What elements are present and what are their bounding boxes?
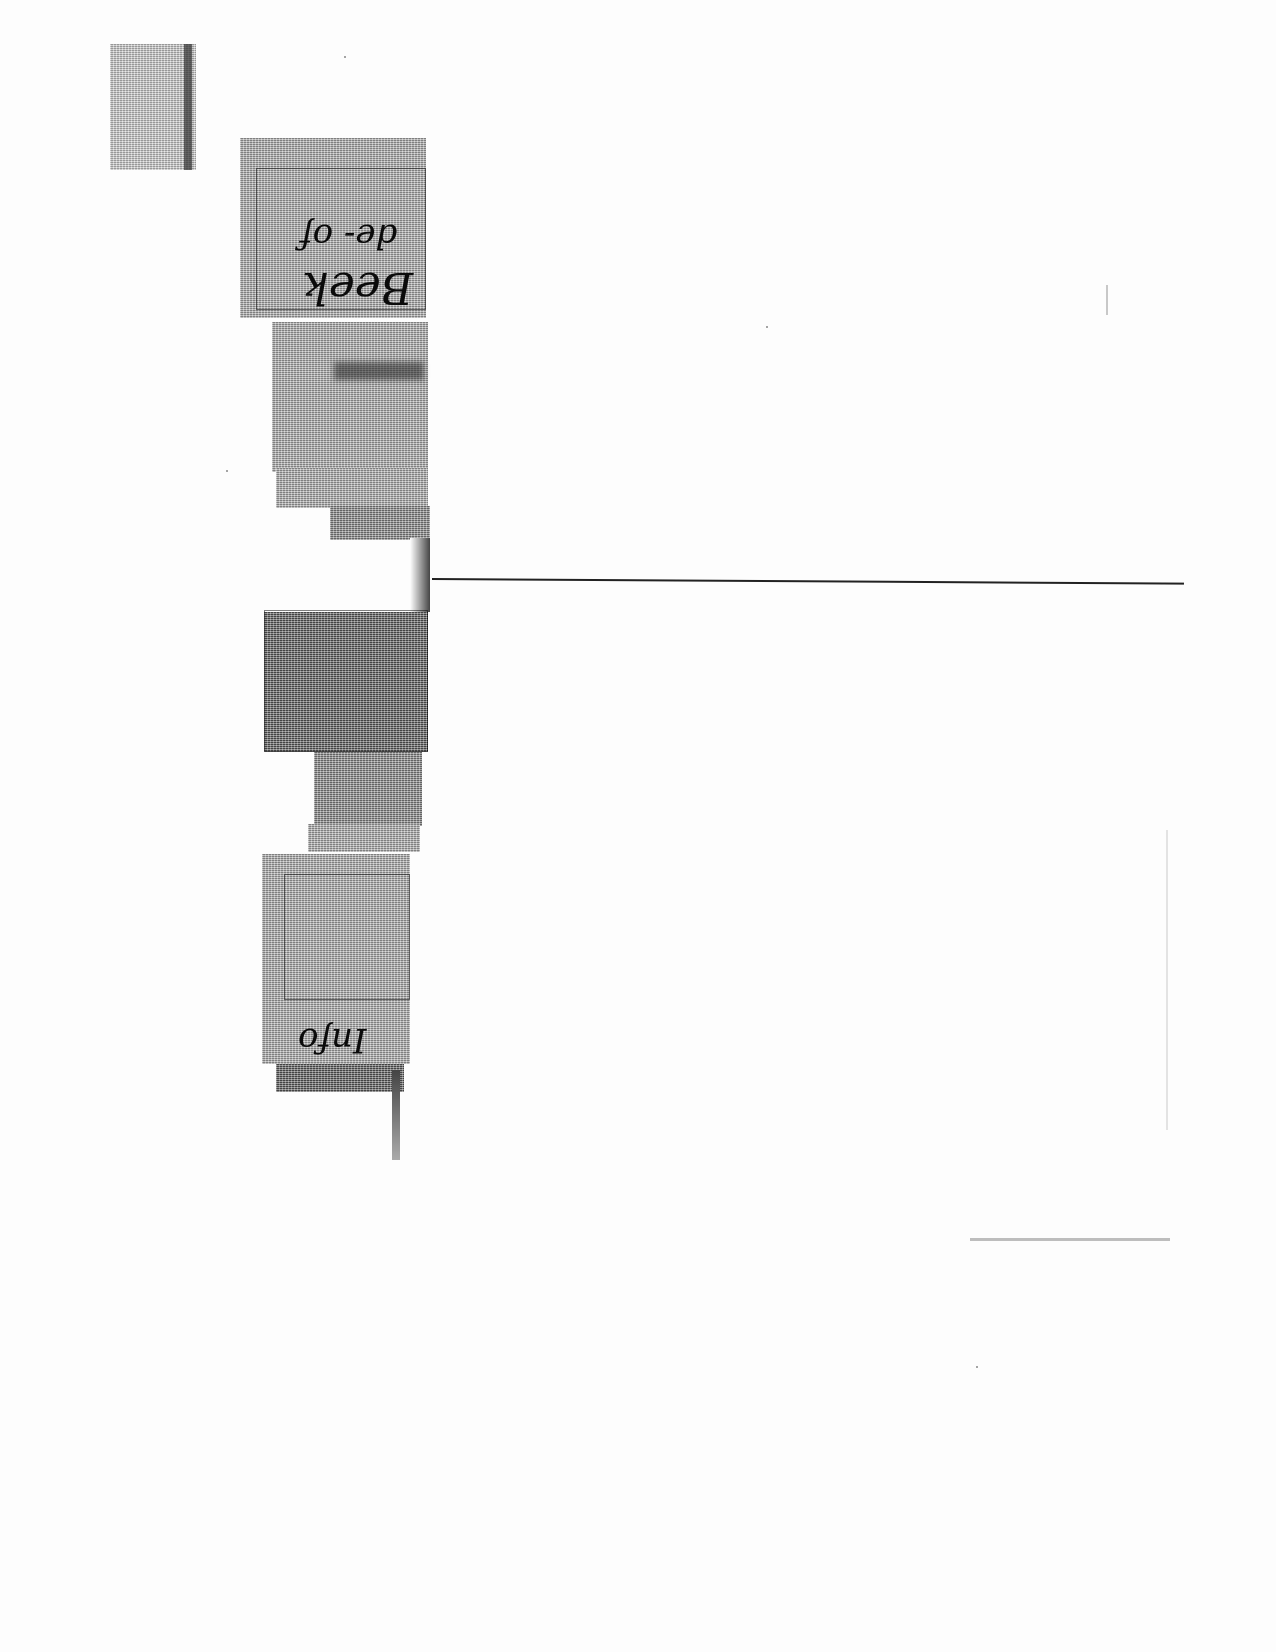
- handwritten-label: Info: [298, 1020, 366, 1060]
- scan-speck: [976, 1366, 978, 1368]
- scan-edge-mark: [1106, 285, 1108, 315]
- scanned-page: de- of Beek Info: [0, 0, 1276, 1652]
- folder-tab: [314, 752, 422, 826]
- horizontal-rule: [432, 578, 1184, 585]
- handwritten-label: Beek: [302, 262, 413, 313]
- folder-tab-small: [110, 44, 196, 170]
- scan-edge-mark: [970, 1238, 1170, 1241]
- folder-tab: [276, 1064, 404, 1092]
- scan-speck: [226, 470, 228, 472]
- scan-edge-mark: [1166, 830, 1168, 1130]
- scan-speck: [344, 56, 346, 58]
- folder-tab: [330, 506, 430, 540]
- folder-tab: [308, 824, 420, 852]
- folder-tab-dark: [264, 612, 428, 752]
- folder-edge: [392, 1070, 400, 1160]
- folder-tab: [276, 468, 428, 508]
- handwritten-label: de- of: [300, 216, 397, 256]
- folder-tab-beek: de- of Beek: [240, 138, 426, 318]
- folder-tab: [272, 322, 428, 472]
- folder-gap: [410, 538, 430, 612]
- scan-speck: [766, 326, 768, 328]
- folder-tab-info: Info: [262, 854, 410, 1064]
